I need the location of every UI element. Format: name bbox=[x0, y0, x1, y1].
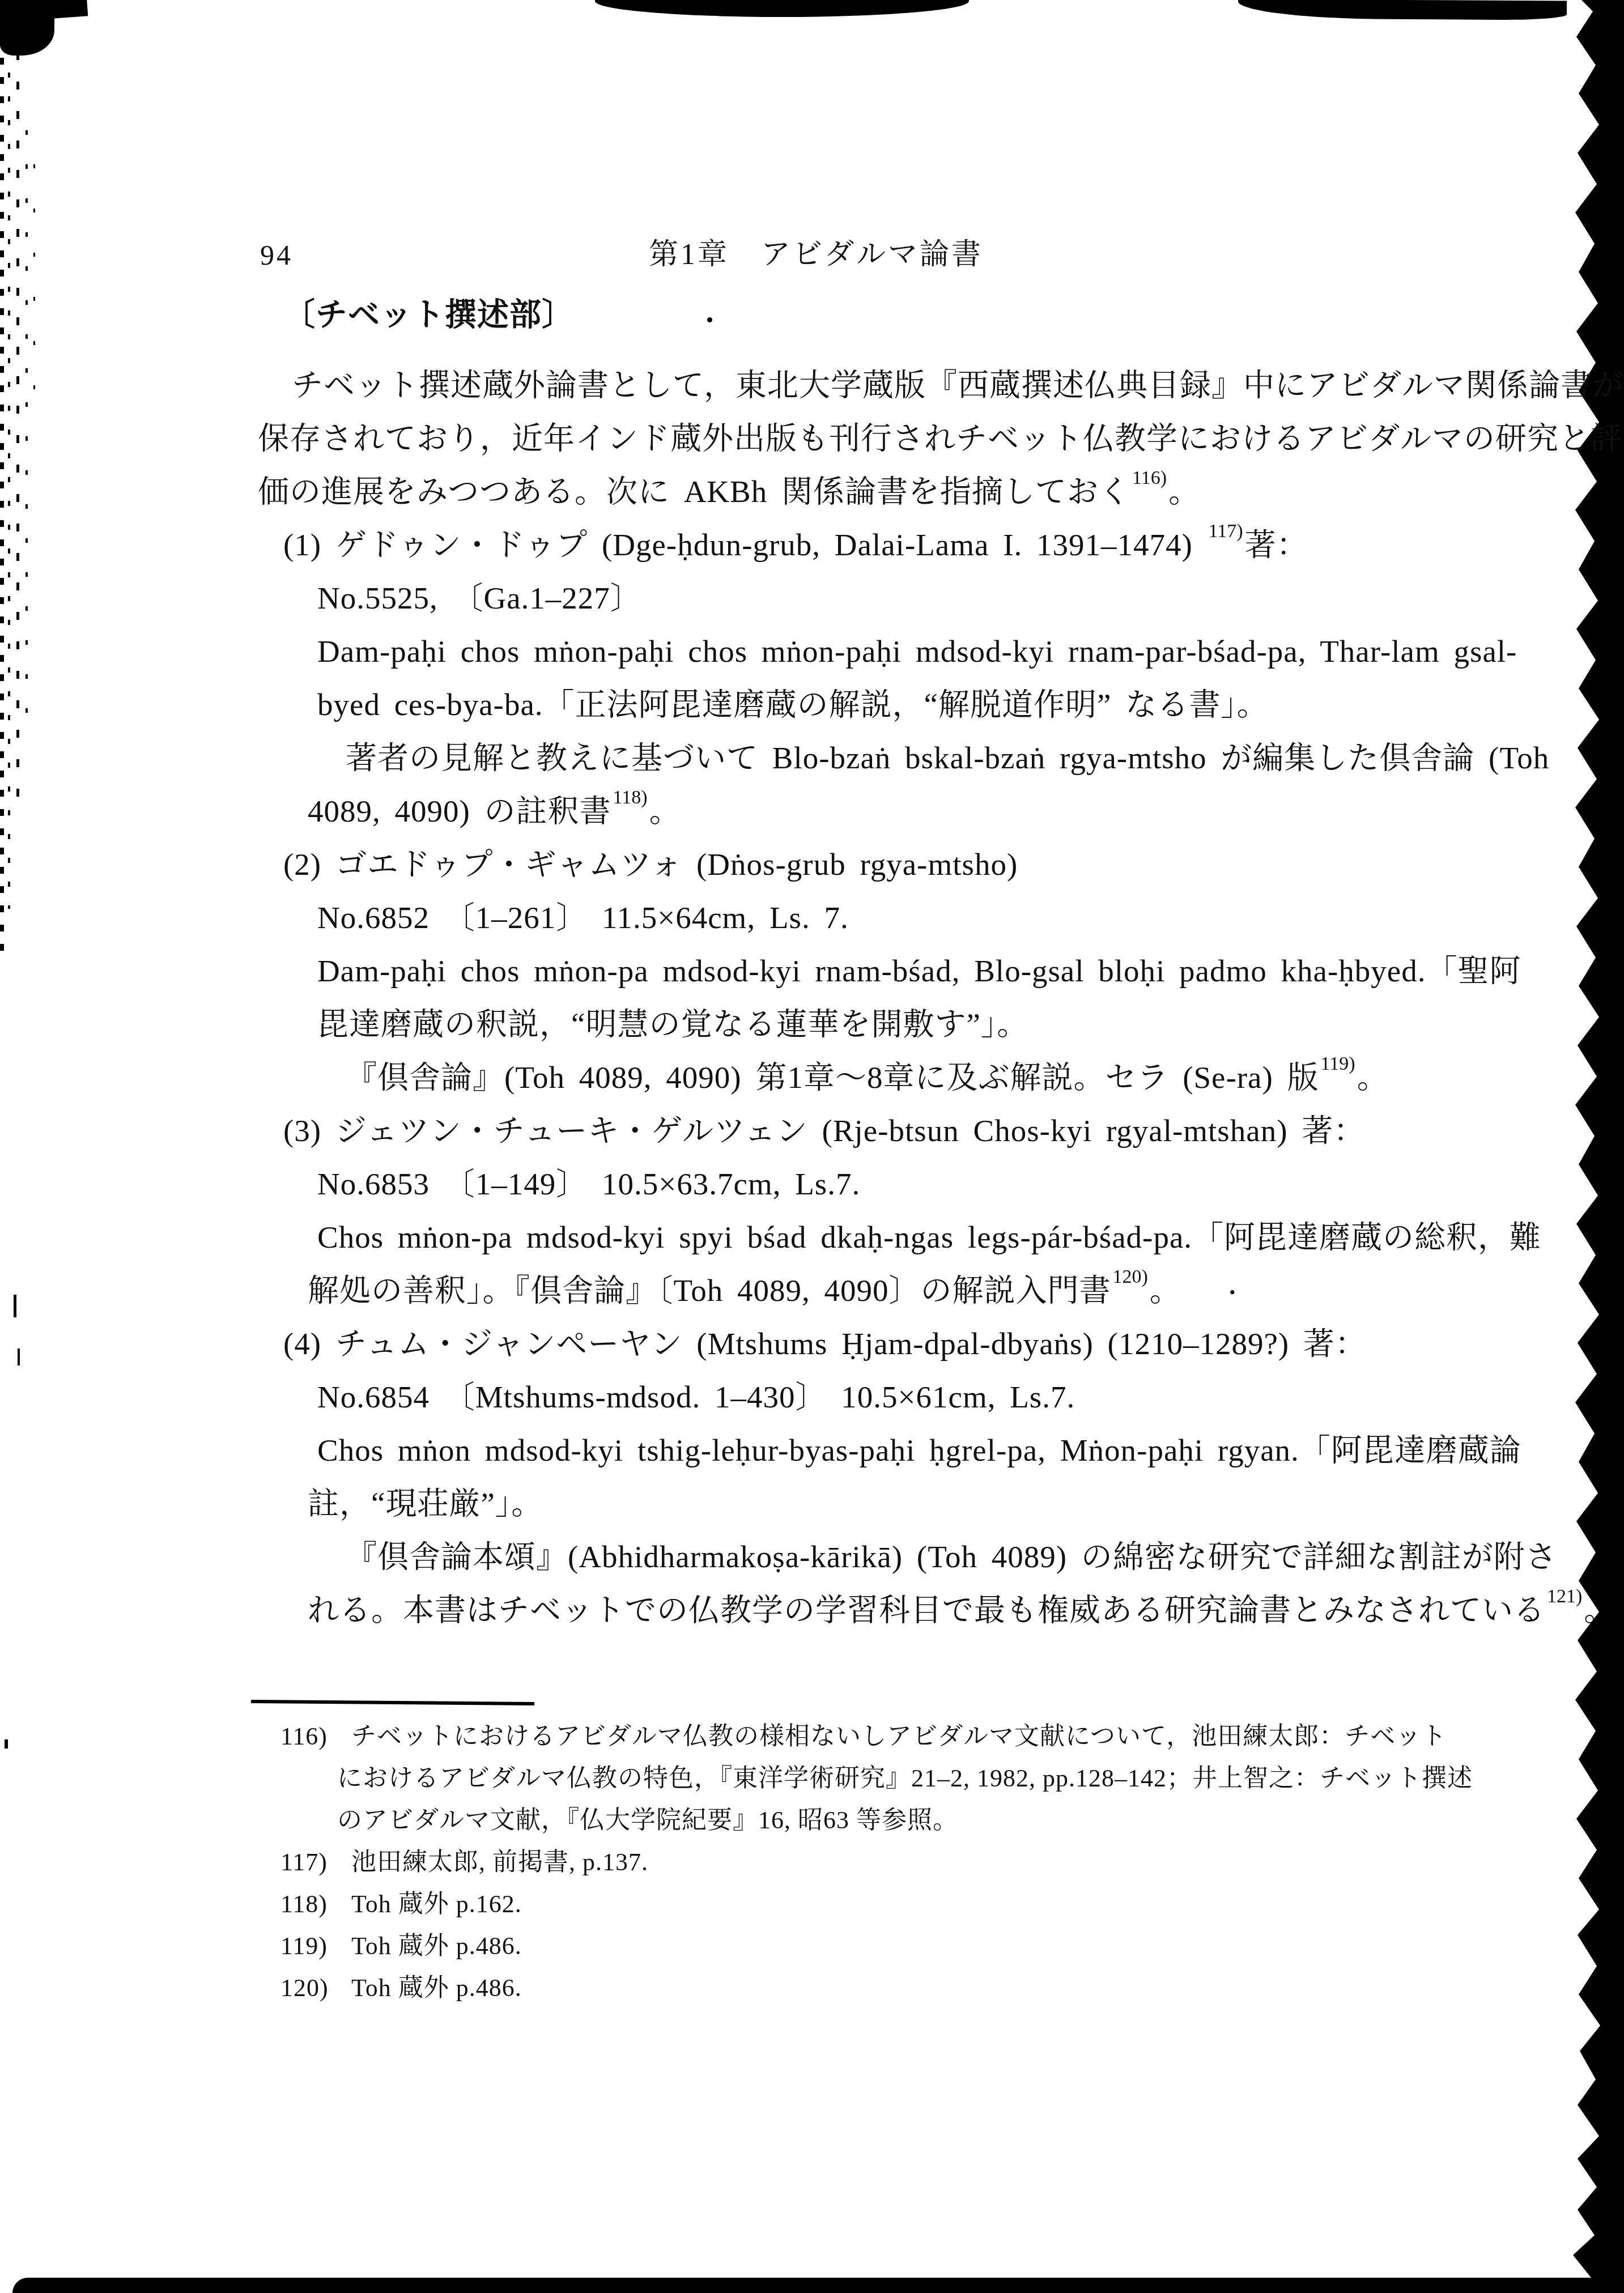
note-ref-116: 116) bbox=[1132, 452, 1167, 505]
item3-tibetan-title-2: 解処の善釈」。『倶舎論』〔Toh 4089, 4090〕の解説入門書120)。・ bbox=[258, 1264, 1544, 1317]
footnote-116-line-1: 116)チベットにおけるアビダルマ仏教の様相ないしアビダルマ文献について，池田練… bbox=[258, 1716, 1544, 1758]
footnote-number: 120) bbox=[258, 1967, 351, 2009]
scan-artifact-left-dots-3 bbox=[16, 52, 19, 817]
item1-title: (1) ゲドゥン・ドゥプ (Dge-ḥdun-grub, Dalai-Lama … bbox=[258, 518, 1544, 572]
scan-artifact-left-mark-2 bbox=[18, 1348, 20, 1365]
section-heading: 〔チベット撰述部〕 bbox=[258, 288, 1544, 341]
scan-artifact-left-dots-5 bbox=[33, 164, 35, 402]
item1-tibetan-title-2: byed ces-bya-ba.「正法阿毘達磨蔵の解説，“解脱道作明” なる書」… bbox=[258, 678, 1544, 731]
item3-tibetan-title-1: Chos mṅon-pa mdsod-kyi spyi bśad dkaḥ-ng… bbox=[258, 1211, 1544, 1264]
page-header: 94 第1章 アビダルマ論書 bbox=[258, 228, 1544, 282]
note-ref-118: 118) bbox=[613, 771, 648, 824]
footnote-120: 120)Toh 蔵外 p.486. bbox=[258, 1967, 1544, 2009]
footnote-number: 119) bbox=[258, 1925, 351, 1967]
item2-description: 『倶舎論』(Toh 4089, 4090) 第1章〜8章に及ぶ解説。セラ (Se… bbox=[258, 1051, 1544, 1104]
scan-artifact-left-dots-1 bbox=[0, 0, 4, 952]
item4-description-1: 『倶舎論本頌』(Abhidharmakoṣa-kārikā) (Toh 4089… bbox=[258, 1530, 1544, 1584]
item1-description-2: 4089, 4090) の註釈書118)。 bbox=[258, 785, 1544, 838]
scan-artifact-left-dots-2 bbox=[8, 25, 10, 909]
footnote-119: 119)Toh 蔵外 p.486. bbox=[258, 1925, 1544, 1967]
item4-tibetan-title-2: 註，“現荘厳”」。 bbox=[258, 1477, 1544, 1530]
item1-tibetan-title-1: Dam-paḥi chos mṅon-paḥi chos mṅon-paḥi m… bbox=[258, 625, 1544, 678]
chapter-title: 第1章 アビダルマ論書 bbox=[649, 228, 983, 282]
intro-line-3: 価の進展をみつつある。次に AKBh 関係論書を指摘しておく116)。 bbox=[258, 465, 1544, 518]
page-number: 94 bbox=[260, 239, 293, 271]
footnote-number: 116) bbox=[258, 1716, 351, 1758]
note-ref-117: 117) bbox=[1209, 505, 1243, 558]
footnote-118: 118)Toh 蔵外 p.162. bbox=[258, 1883, 1544, 1925]
footnote-116-line-2: におけるアビダルマ仏教の特色，『東洋学術研究』21–2, 1982, pp.12… bbox=[258, 1758, 1544, 1799]
item3-catalog-number: No.6853 〔1–149〕 10.5×63.7cm, Ls.7. bbox=[258, 1158, 1544, 1211]
footnote-116-line-3: のアビダルマ文献，『仏大学院紀要』16, 昭63 等参照。 bbox=[258, 1799, 1544, 1841]
item4-catalog-number: No.6854 〔Mtshums-mdsod. 1–430〕 10.5×61cm… bbox=[258, 1371, 1544, 1424]
note-ref-119: 119) bbox=[1321, 1037, 1355, 1091]
item1-description-1: 著者の見解と教えに基づいて Blo-bzaṅ bskal-bzaṅ rgya-m… bbox=[258, 731, 1544, 785]
item2-catalog-number: No.6852 〔1–261〕 11.5×64cm, Ls. 7. bbox=[258, 891, 1544, 945]
item4-tibetan-title-1: Chos mṅon mdsod-kyi tshig-leḥur-byas-paḥ… bbox=[258, 1424, 1544, 1477]
scan-artifact-left-mark-3 bbox=[5, 1739, 8, 1749]
scan-artifact-right-edge bbox=[1562, 0, 1624, 2293]
intro-line-2: 保存されており，近年インド蔵外出版も刊行されチベット仏教学におけるアビダルマの研… bbox=[258, 412, 1544, 465]
footnote-117: 117)池田練太郎, 前掲書, p.137. bbox=[258, 1841, 1544, 1883]
scan-artifact-bottom-bar bbox=[12, 2278, 1624, 2293]
scan-artifact-left-dots-4 bbox=[25, 130, 28, 725]
page-body: 94 第1章 アビダルマ論書 〔チベット撰述部〕 チベット撰述蔵外論書として，東… bbox=[258, 228, 1544, 1637]
item2-title: (2) ゴエドゥプ・ギャムツォ (Dṅos-grub rgya-mtsho) bbox=[258, 838, 1544, 891]
scan-artifact-top-band-1 bbox=[595, 0, 969, 17]
item4-description-2: れる。本書はチベットでの仏教学の学習科目で最も権威ある研究論書とみなされている1… bbox=[258, 1584, 1544, 1637]
item4-title: (4) チュム・ジャンペーヤン (Mtshums Ḥjam-dpal-dbyaṅ… bbox=[258, 1317, 1544, 1371]
footnote-separator-line bbox=[251, 1700, 534, 1705]
scanned-book-page: 94 第1章 アビダルマ論書 〔チベット撰述部〕 チベット撰述蔵外論書として，東… bbox=[0, 0, 1624, 2293]
note-ref-121: 121) bbox=[1547, 1570, 1582, 1623]
note-ref-120: 120) bbox=[1113, 1250, 1148, 1304]
scan-artifact-top-band-2 bbox=[1238, 0, 1567, 20]
intro-line-1: チベット撰述蔵外論書として，東北大学蔵版『西蔵撰述仏典目録』中にアビダルマ関係論… bbox=[258, 359, 1544, 412]
item1-catalog-number: No.5525, 〔Ga.1–227〕 bbox=[258, 572, 1544, 625]
item3-title: (3) ジェツン・チューキ・ゲルツェン (Rje-btsun Chos-kyi … bbox=[258, 1104, 1544, 1158]
scan-artifact-stray-dot: ・ bbox=[1221, 1267, 1244, 1320]
footnotes-block: 116)チベットにおけるアビダルマ仏教の様相ないしアビダルマ文献について，池田練… bbox=[258, 1716, 1544, 2009]
item2-tibetan-title-1: Dam-paḥi chos mṅon-pa mdsod-kyi rnam-bśa… bbox=[258, 945, 1544, 998]
footnote-number: 118) bbox=[258, 1883, 351, 1925]
footnote-number: 117) bbox=[258, 1841, 351, 1883]
scan-artifact-left-mark-1 bbox=[14, 1295, 16, 1317]
